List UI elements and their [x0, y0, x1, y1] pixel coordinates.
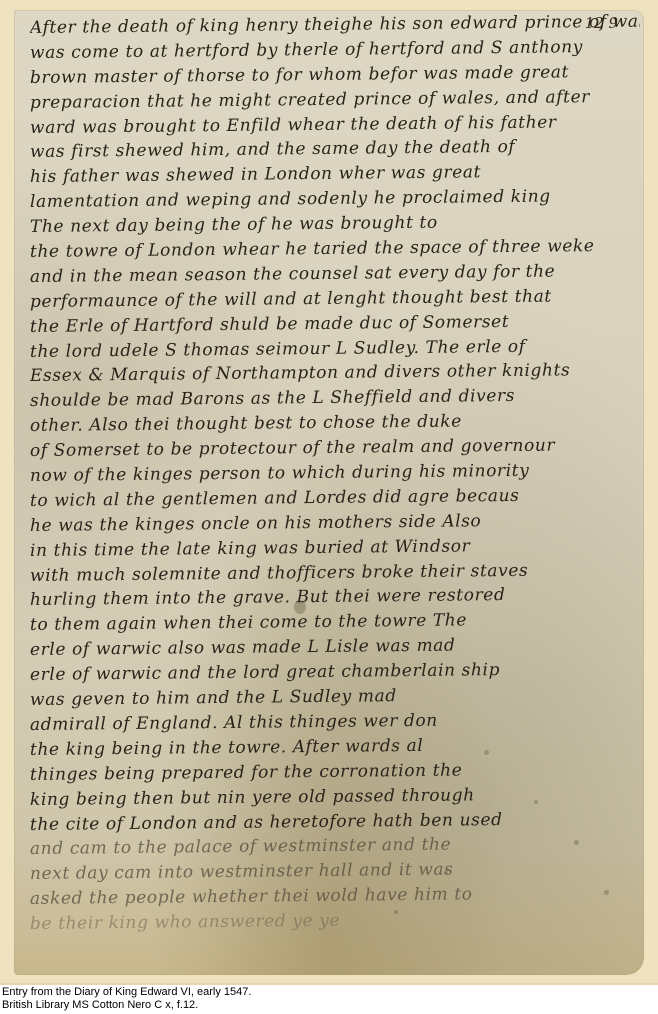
manuscript-text: After the death of king henry theighe hi…	[30, 16, 640, 937]
caption-title: Entry from the Diary of King Edward VI, …	[2, 986, 251, 999]
manuscript-page: 12 9 After the death of king henry theig…	[14, 10, 644, 975]
caption-source: British Library MS Cotton Nero C x, f.12…	[2, 999, 251, 1012]
manuscript-line: be their king who answered ye ye	[30, 906, 640, 937]
image-caption: Entry from the Diary of King Edward VI, …	[2, 986, 251, 1012]
mount-edge	[0, 983, 658, 985]
